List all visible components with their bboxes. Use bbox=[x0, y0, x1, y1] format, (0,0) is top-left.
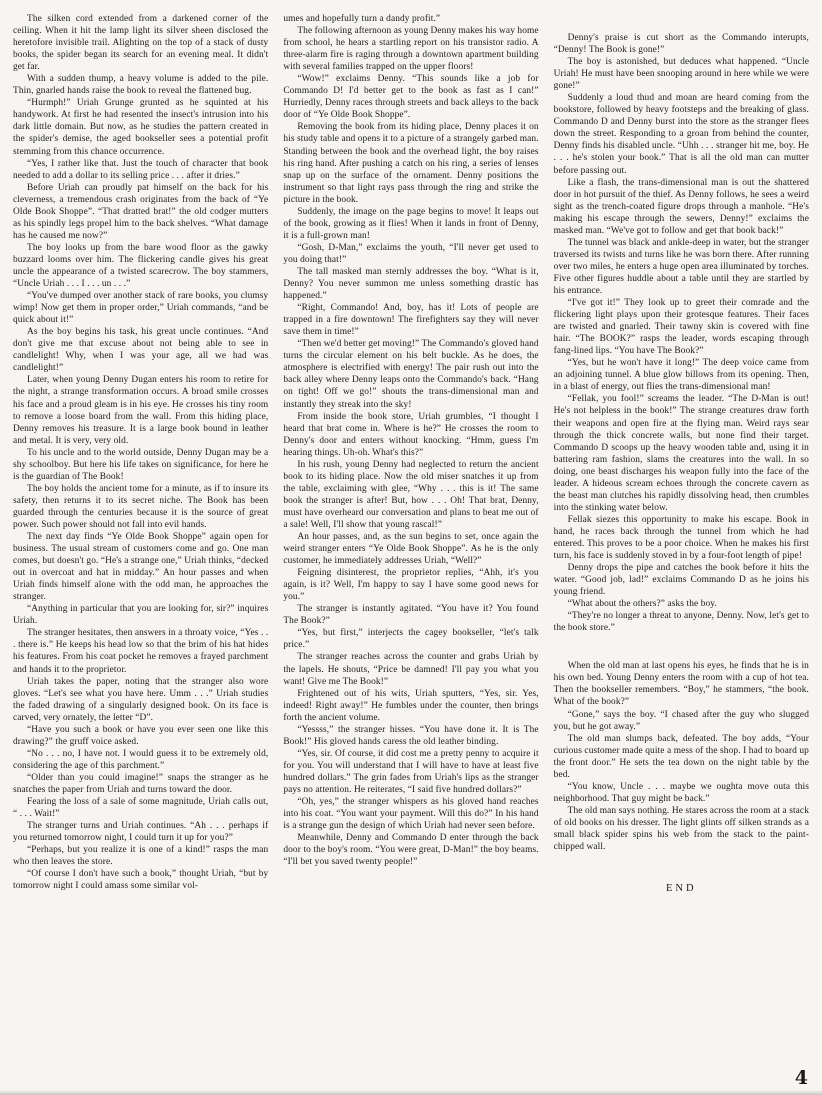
page-number: 4 bbox=[795, 1067, 808, 1089]
paragraph: From inside the book store, Uriah grumbl… bbox=[283, 411, 538, 459]
paragraph: “Hurmph!” Uriah Grunge grunted as he squ… bbox=[13, 97, 268, 157]
paragraph: To his uncle and to the world outside, D… bbox=[13, 447, 268, 483]
paragraph: The stranger reaches across the counter … bbox=[283, 651, 538, 687]
paragraph: “Right, Commando! And, boy, has it! Lots… bbox=[283, 302, 538, 338]
paragraph: The tunnel was black and ankle-deep in w… bbox=[554, 237, 809, 297]
paragraph: Fearing the loss of a sale of some magni… bbox=[13, 796, 268, 820]
paragraph: “They're no longer a threat to anyone, D… bbox=[554, 610, 809, 634]
paragraph: With a sudden thump, a heavy volume is a… bbox=[13, 73, 268, 97]
paragraph: The old man slumps back, defeated. The b… bbox=[554, 733, 809, 781]
paragraph: Suddenly a loud thud and moan are heard … bbox=[554, 92, 809, 176]
paragraph: The boy holds the ancient tome for a min… bbox=[13, 483, 268, 531]
paragraph: “Perhaps, but you realize it is one of a… bbox=[13, 844, 268, 868]
paragraph: Denny drops the pipe and catches the boo… bbox=[554, 562, 809, 598]
paragraph: “Then we'd better get moving!” The Comma… bbox=[283, 338, 538, 410]
paragraph: Meanwhile, Denny and Commando D enter th… bbox=[283, 832, 538, 868]
paragraph: “No . . . no, I have not. I would guess … bbox=[13, 748, 268, 772]
paragraph: Removing the book from its hiding place,… bbox=[283, 121, 538, 205]
paragraph: The boy is astonished, but deduces what … bbox=[554, 56, 809, 92]
paragraph: “You've dumped over another stack of rar… bbox=[13, 290, 268, 326]
paragraph: An hour passes, and, as the sun begins t… bbox=[283, 531, 538, 567]
text-column-1: The silken cord extended from a darkened… bbox=[13, 13, 268, 895]
paragraph: The next day finds “Ye Olde Book Shoppe”… bbox=[13, 531, 268, 603]
paragraph: “Of course I don't have such a book,” th… bbox=[13, 868, 268, 892]
paragraph: Feigning disinterest, the proprietor rep… bbox=[283, 567, 538, 603]
text-column-3: Denny's praise is cut short as the Comma… bbox=[554, 13, 809, 895]
paragraph: Frightened out of his wits, Uriah sputte… bbox=[283, 688, 538, 724]
paragraph: “Gosh, D-Man,” exclaims the youth, “I'll… bbox=[283, 242, 538, 266]
paragraph: Later, when young Denny Dugan enters his… bbox=[13, 374, 268, 446]
text-columns: The silken cord extended from a darkened… bbox=[0, 0, 822, 895]
paragraph: The stranger turns and Uriah continues. … bbox=[13, 820, 268, 844]
paragraph: The tall masked man sternly addresses th… bbox=[283, 266, 538, 302]
paragraph: The stranger is instantly agitated. “You… bbox=[283, 603, 538, 627]
paragraph: “You know, Uncle . . . maybe we oughta m… bbox=[554, 781, 809, 805]
paragraph: “What about the others?” asks the boy. bbox=[554, 598, 809, 610]
text-column-2: umes and hopefully turn a dandy profit.”… bbox=[283, 13, 538, 895]
paragraph: Uriah takes the paper, noting that the s… bbox=[13, 676, 268, 724]
paragraph: “Yes, I rather like that. Just the touch… bbox=[13, 158, 268, 182]
paragraph: Denny's praise is cut short as the Comma… bbox=[554, 32, 809, 56]
paragraph: In his rush, young Denny had neglected t… bbox=[283, 459, 538, 531]
paragraph: “I've got it!” They look up to greet the… bbox=[554, 297, 809, 357]
end-marker: END bbox=[554, 883, 809, 895]
paragraph: “Yessss,” the stranger hisses. “You have… bbox=[283, 724, 538, 748]
paragraph: “Gone,” says the boy. “I chased after th… bbox=[554, 709, 809, 733]
paragraph: Before Uriah can proudly pat himself on … bbox=[13, 182, 268, 242]
paragraph: “Older than you could imagine!” snaps th… bbox=[13, 772, 268, 796]
paragraph: The boy looks up from the bare wood floo… bbox=[13, 242, 268, 290]
paragraph: The silken cord extended from a darkened… bbox=[13, 13, 268, 73]
paragraph: “Yes, but he won't have it long!” The de… bbox=[554, 357, 809, 393]
paragraph: The following afternoon as young Denny m… bbox=[283, 25, 538, 73]
paragraph: Fellak siezes this opportunity to make h… bbox=[554, 514, 809, 562]
paragraph: “Yes, but first,” interjects the cagey b… bbox=[283, 627, 538, 651]
paragraph: Suddenly, the image on the page begins t… bbox=[283, 206, 538, 242]
paragraph: “Oh, yes,” the stranger whispers as his … bbox=[283, 796, 538, 832]
paragraph: “Yes, sir. Of course, it did cost me a p… bbox=[283, 748, 538, 796]
paragraph: “Have you such a book or have you ever s… bbox=[13, 724, 268, 748]
paragraph: “Wow!” exclaims Denny. “This sounds like… bbox=[283, 73, 538, 121]
paragraph: “Anything in particular that you are loo… bbox=[13, 603, 268, 627]
paragraph: Like a flash, the trans-dimensional man … bbox=[554, 177, 809, 237]
paragraph: As the boy begins his task, his great un… bbox=[13, 326, 268, 374]
paragraph: The stranger hesitates, then answers in … bbox=[13, 627, 268, 675]
paragraph: The old man says nothing. He stares acro… bbox=[554, 805, 809, 853]
story-page: The silken cord extended from a darkened… bbox=[0, 0, 822, 1095]
paragraph: When the old man at last opens his eyes,… bbox=[554, 660, 809, 708]
paragraph: “Fellak, you fool!” screams the leader. … bbox=[554, 393, 809, 513]
scan-edge-shadow bbox=[0, 1090, 822, 1095]
paragraph: umes and hopefully turn a dandy profit.” bbox=[283, 13, 538, 25]
